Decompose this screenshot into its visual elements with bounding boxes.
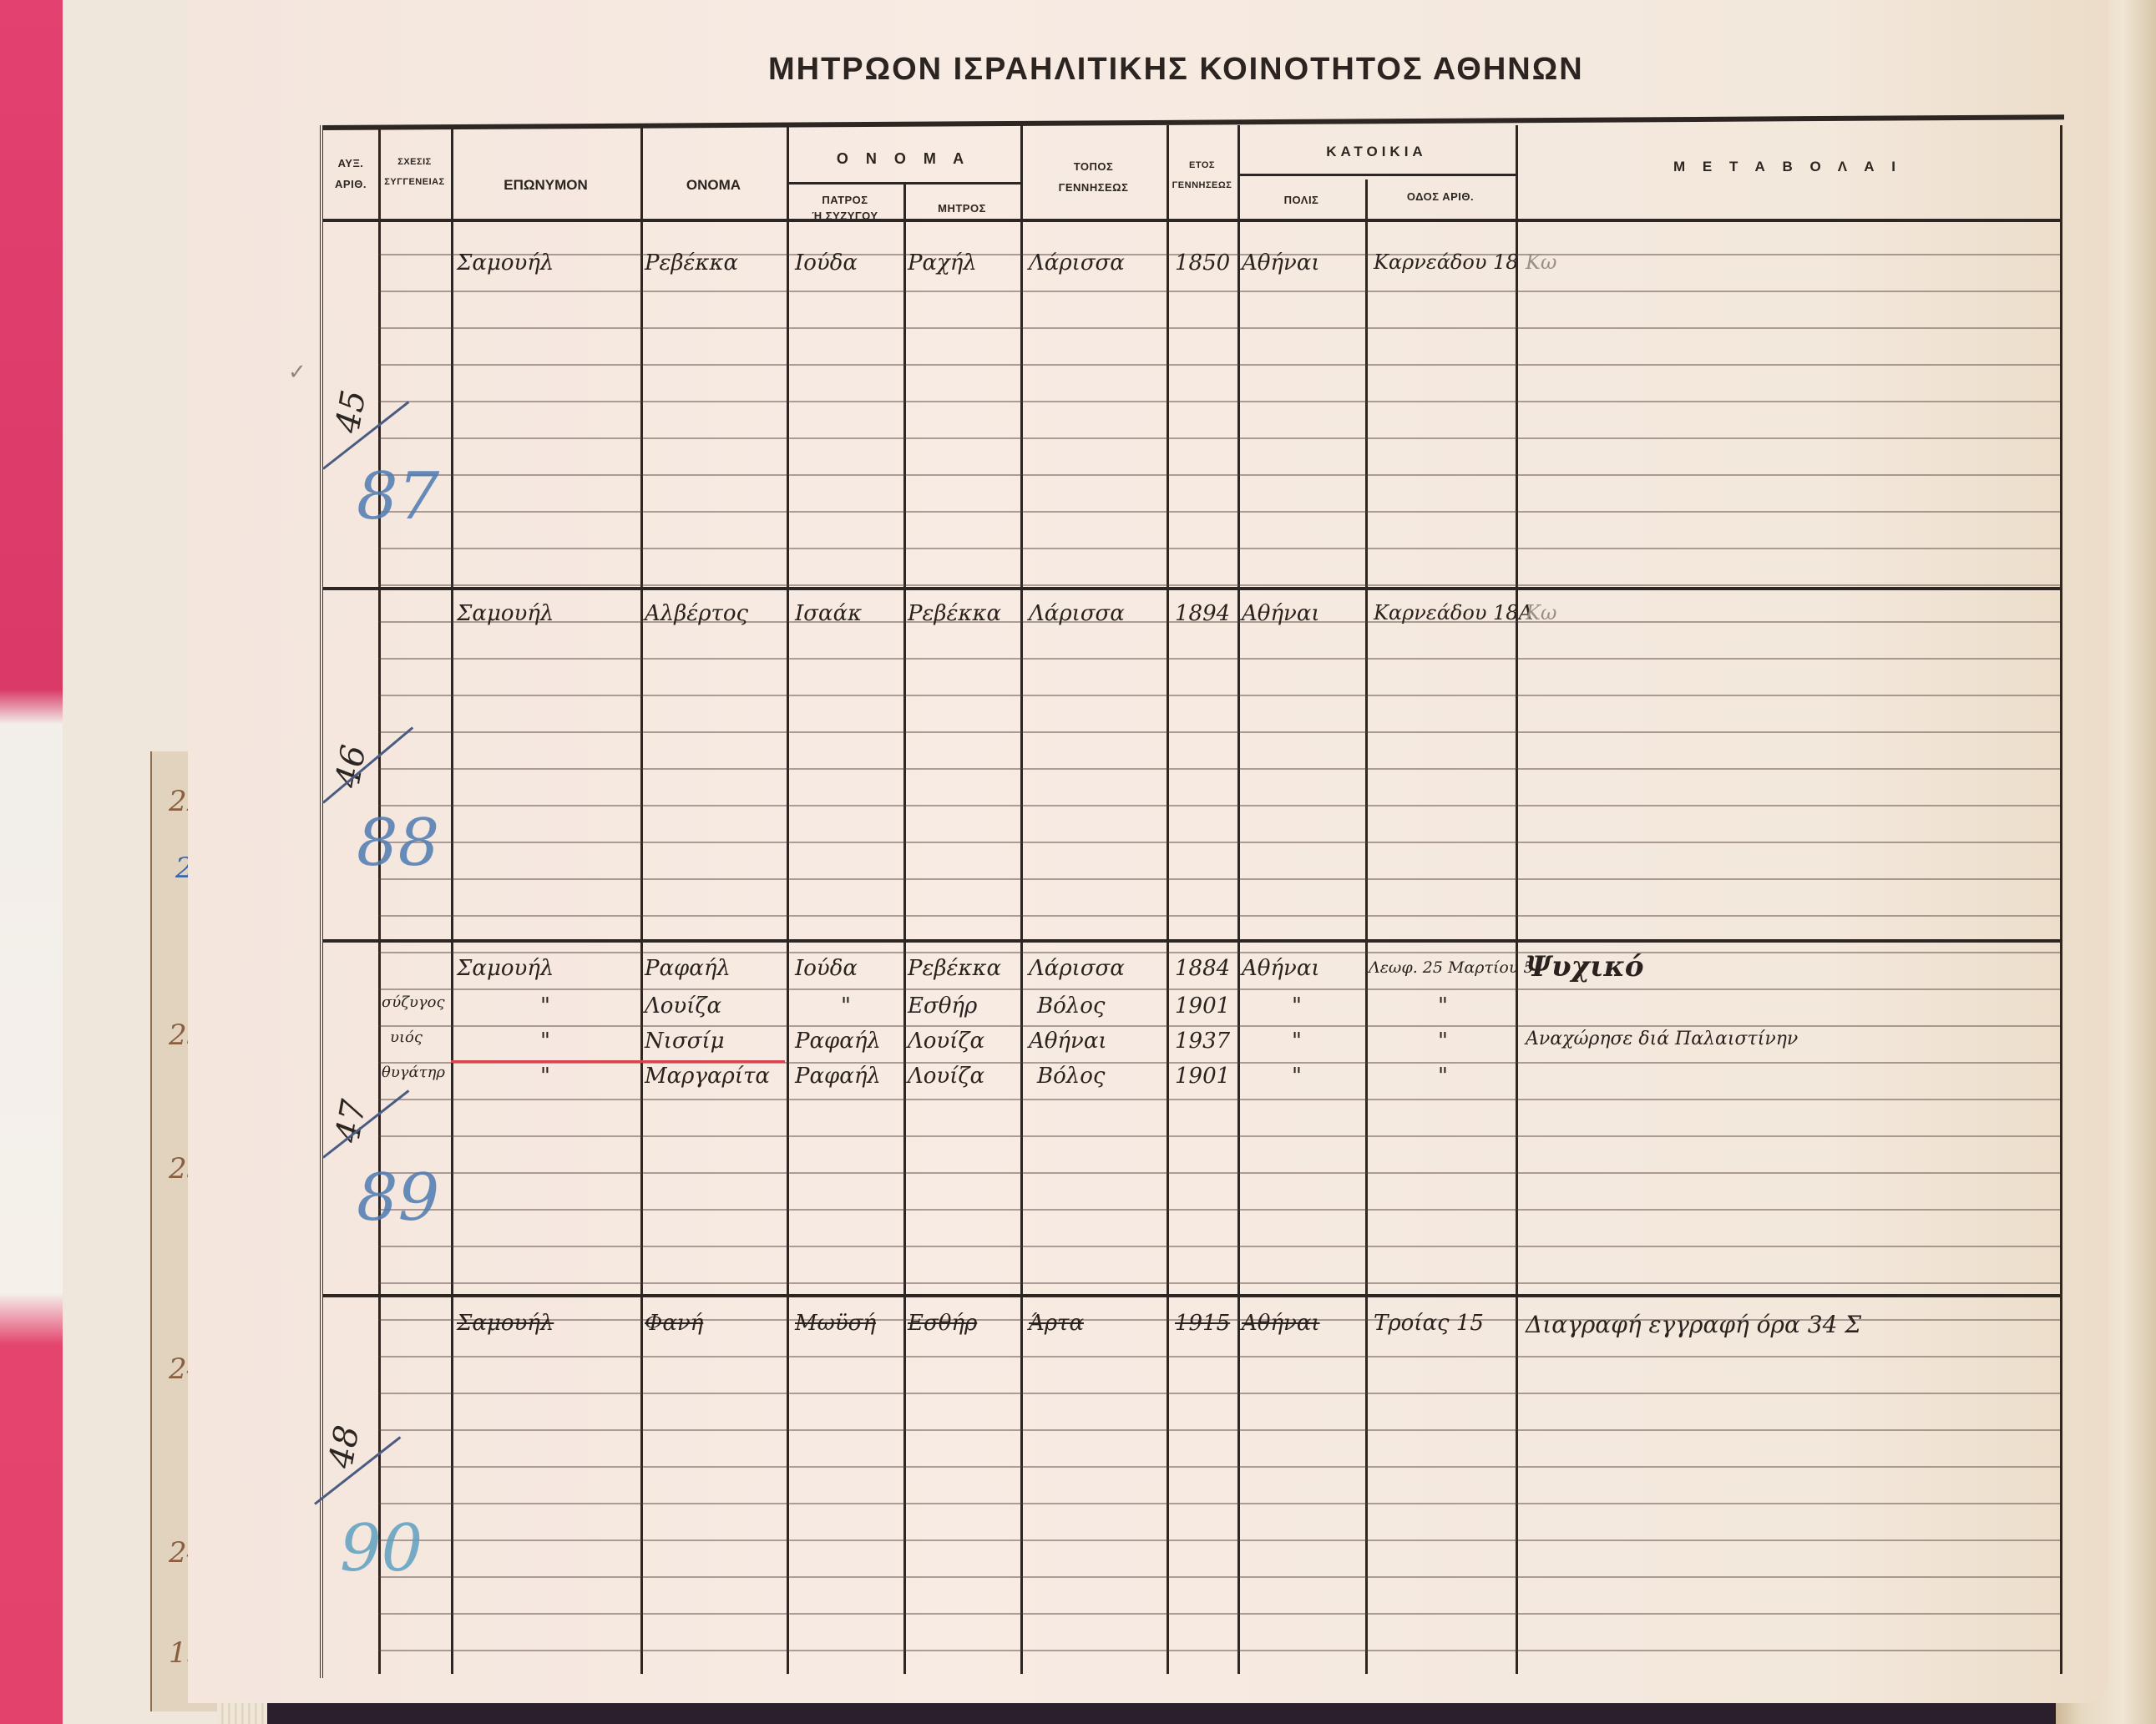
- header-relation: ΣΧΕΣΙΣ ΣΥΓΓΕΝΕΙΑΣ: [378, 157, 451, 187]
- pencil-number: 88: [357, 806, 439, 881]
- header-name-group: Ο Ν Ο Μ Α: [787, 150, 1020, 168]
- cell-birthplace: Λάρισσα: [1029, 250, 1125, 276]
- cell-name: Μαργαρίτα: [645, 1064, 770, 1089]
- cell-name: Αλβέρτος: [645, 601, 748, 626]
- cell-name: Φανή: [645, 1311, 703, 1336]
- cell-father: Ραφαήλ: [795, 1064, 881, 1089]
- cell-mother: Ρεβέκκα: [908, 601, 1001, 626]
- header-birthyear-line2: ΓΕΝΝΗΣΕΩΣ: [1167, 180, 1237, 190]
- header-father-spouse: ΠΑΤΡΟΣ Ή ΣΥΖΥΓΟΥ: [787, 194, 903, 222]
- col-divider: [2060, 125, 2062, 1674]
- cell-city: Αθήναι: [1242, 1311, 1320, 1336]
- cell-father: Ραφαήλ: [795, 1029, 881, 1054]
- cell-birthplace: Βόλος: [1037, 993, 1105, 1019]
- cell-name: Ρεβέκκα: [645, 250, 738, 276]
- cell-year: 1884: [1175, 956, 1230, 981]
- pencil-number: 90: [340, 1511, 423, 1586]
- cell-city: Αθήναι: [1242, 601, 1320, 626]
- cell-birthplace: Λάρισσα: [1029, 956, 1125, 981]
- cell-city: ": [1292, 1064, 1302, 1089]
- cell-birthplace: Άρτα: [1029, 1311, 1084, 1336]
- header-rule: [787, 182, 1020, 185]
- cell-street: Λεωφ. 25 Μαρτίου 5: [1369, 958, 1534, 977]
- cell-father: ": [841, 993, 851, 1019]
- cell-street: Καρνεάδου 18: [1374, 250, 1519, 274]
- cell-mother: Εσθήρ: [908, 1311, 977, 1336]
- header-birthplace-line1: ΤΟΠΟΣ: [1020, 160, 1167, 173]
- cell-mother: Λουίζα: [908, 1064, 984, 1089]
- page-title: ΜΗΤΡΩΟΝ ΙΣΡΑΗΛΙΤΙΚΗΣ ΚΟΙΝΟΤΗΤΟΣ ΑΘΗΝΩΝ: [768, 52, 1584, 88]
- header-residence: ΚΑΤΟΙΚΙΑ: [1237, 144, 1516, 160]
- cell-birthplace: Αθήναι: [1029, 1029, 1107, 1054]
- cell-father: Ιούδα: [795, 250, 858, 276]
- cell-relation: υιός: [390, 1029, 423, 1046]
- cell-birthplace: Βόλος: [1037, 1064, 1105, 1089]
- register-table: ΑΥΞ. ΑΡΙΘ. ΣΧΕΣΙΣ ΣΥΓΓΕΝΕΙΑΣ ΕΠΩΝΥΜΟΝ ΟΝ…: [320, 125, 2064, 1678]
- cell-surname: ": [540, 1064, 550, 1089]
- serial-number: 48: [321, 1423, 367, 1471]
- cell-mother: Λουίζα: [908, 1029, 984, 1054]
- header-birthplace-line2: ΓΕΝΝΗΣΕΩΣ: [1020, 181, 1167, 194]
- cell-year: 1937: [1175, 1029, 1230, 1054]
- cell-changes: Ψυχικό: [1526, 950, 1644, 983]
- cell-surname: Σαμουήλ: [457, 250, 554, 276]
- cell-changes: Αναχώρησε διά Παλαιστίνην: [1526, 1029, 1798, 1049]
- cell-changes: Κω: [1526, 250, 1557, 274]
- header-relation-line2: ΣΥΓΓΕΝΕΙΑΣ: [378, 177, 451, 187]
- pencil-checkmark: ✓: [288, 359, 306, 385]
- pencil-number: 89: [357, 1160, 439, 1236]
- cell-city: ": [1292, 1029, 1302, 1054]
- cell-father: Ισαάκ: [795, 601, 862, 626]
- header-birthyear: ΕΤΟΣ ΓΕΝΝΗΣΕΩΣ: [1167, 160, 1237, 190]
- ruled-lines: [378, 219, 2060, 1671]
- header-city: ΠΟΛΙΣ: [1237, 194, 1365, 206]
- header-surname: ΕΠΩΝΥΜΟΝ: [451, 177, 640, 194]
- cell-street: ": [1438, 993, 1448, 1019]
- header-rule: [1237, 174, 1516, 176]
- pencil-number: 87: [357, 459, 439, 534]
- header-serial-line2: ΑΡΙΘ.: [323, 178, 378, 190]
- header-name: ΟΝΟΜΑ: [640, 177, 787, 194]
- header-changes: Μ Ε Τ Α Β Ο Λ Α Ι: [1516, 159, 2060, 175]
- cell-street: ": [1438, 1029, 1448, 1054]
- cell-birthplace: Λάρισσα: [1029, 601, 1125, 626]
- header-serial-line1: ΑΥΞ.: [323, 157, 378, 169]
- cell-father: Μωϋσή: [795, 1311, 876, 1336]
- cell-name: Ραφαήλ: [645, 956, 731, 981]
- cell-year: 1915: [1175, 1311, 1230, 1336]
- red-underline: [451, 1060, 785, 1063]
- red-book-cover: [0, 0, 63, 1724]
- cell-street: ": [1438, 1064, 1448, 1089]
- cell-mother: Ρεβέκκα: [908, 956, 1001, 981]
- cell-mother: Ραχήλ: [908, 250, 977, 276]
- cell-year: 1901: [1175, 1064, 1230, 1089]
- cell-name: Λουίζα: [645, 993, 721, 1019]
- header-relation-line1: ΣΧΕΣΙΣ: [378, 157, 451, 167]
- header-birthplace: ΤΟΠΟΣ ΓΕΝΝΗΣΕΩΣ: [1020, 160, 1167, 194]
- cell-relation: θυγάτηρ: [382, 1064, 445, 1081]
- header-mother: ΜΗΤΡΟΣ: [903, 202, 1020, 215]
- cell-street: Τροίας 15: [1374, 1311, 1484, 1336]
- cell-surname: ": [540, 993, 550, 1019]
- cell-father: Ιούδα: [795, 956, 858, 981]
- header-serial: ΑΥΞ. ΑΡΙΘ.: [323, 157, 378, 190]
- cell-year: 1850: [1175, 250, 1230, 276]
- cell-city: Αθήναι: [1242, 250, 1320, 276]
- cell-mother: Εσθήρ: [908, 993, 977, 1019]
- cell-changes: Διαγραφή εγγραφή όρα 34 Σ: [1526, 1311, 1861, 1338]
- cell-surname: Σαμουήλ: [457, 1311, 554, 1336]
- cell-city: ": [1292, 993, 1302, 1019]
- cell-surname: Σαμουήλ: [457, 956, 554, 981]
- cell-relation: σύζυγος: [382, 993, 445, 1011]
- header-street: ΟΔΟΣ ΑΡΙΘ.: [1365, 190, 1516, 203]
- serial-number: 45: [328, 387, 373, 436]
- cell-year: 1894: [1175, 601, 1230, 626]
- cell-street: Καρνεάδου 18Α: [1374, 601, 1533, 624]
- cell-name: Νισσίμ: [645, 1029, 725, 1054]
- header-birthyear-line1: ΕΤΟΣ: [1167, 160, 1237, 170]
- header-father-line1: ΠΑΤΡΟΣ: [787, 194, 903, 206]
- cell-year: 1901: [1175, 993, 1230, 1019]
- cell-city: Αθήναι: [1242, 956, 1320, 981]
- cell-surname: Σαμουήλ: [457, 601, 554, 626]
- cell-changes: Κω: [1526, 601, 1557, 624]
- cell-surname: ": [540, 1029, 550, 1054]
